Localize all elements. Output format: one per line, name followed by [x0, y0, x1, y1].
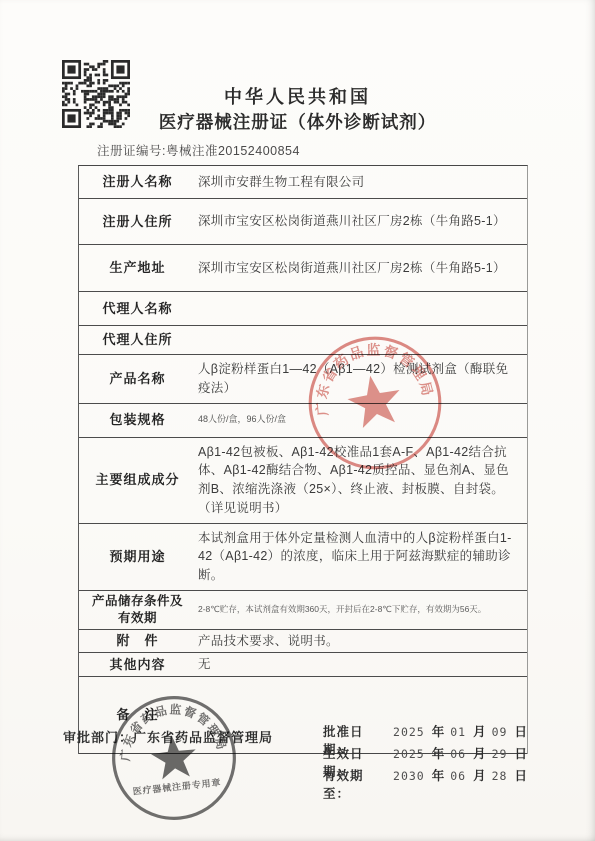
row-label: 代理人名称	[79, 296, 196, 322]
date-month: 06	[450, 747, 466, 761]
date-month: 01	[450, 725, 466, 739]
date-year: 2030	[393, 769, 425, 783]
row-value: Aβ1-42包被板、Aβ1-42校准品1套A-F、Aβ1-42结合抗体、Aβ1-…	[196, 438, 527, 523]
date-day: 09	[492, 725, 508, 739]
table-row-product-name: 产品名称 人β淀粉样蛋白1—42（Aβ1—42）检测试剂盒（酶联免疫法）	[79, 355, 527, 404]
row-label: 注册人住所	[79, 209, 196, 235]
approval-date-row: 批准日期： 2025 年 01 月 09 日	[323, 722, 533, 744]
cert-number-value: 粤械注准20152400854	[166, 144, 300, 158]
certificate-page: 中华人民共和国 医疗器械注册证（体外诊断试剂） 注册证编号:粤械注准201524…	[0, 0, 595, 841]
row-value	[196, 710, 527, 720]
day-unit: 日	[514, 722, 527, 740]
table-row-main-components: 主要组成成分 Aβ1-42包被板、Aβ1-42校准品1套A-F、Aβ1-42结合…	[79, 438, 527, 524]
row-label: 主要组成成分	[79, 467, 196, 493]
row-label: 产品储存条件及有效期	[79, 591, 196, 629]
year-unit: 年	[432, 766, 445, 784]
svg-text:医疗器械注册专用章: 医疗器械注册专用章	[132, 776, 222, 796]
country-title: 中华人民共和国	[0, 84, 595, 110]
row-value: 2-8℃贮存，本试剂盒有效期360天，开封后在2-8℃下贮存，有效期为56天。	[196, 598, 527, 621]
year-unit: 年	[432, 722, 445, 740]
row-label: 代理人住所	[79, 327, 196, 353]
row-value: 深圳市安群生物工程有限公司	[196, 168, 527, 197]
expiry-date-row: 有效期至： 2030 年 06 月 28 日	[323, 766, 533, 788]
row-value: 深圳市宝安区松岗街道燕川社区厂房2栋（牛角路5-1）	[196, 207, 527, 236]
row-label: 其他内容	[79, 655, 196, 675]
row-value: 48人份/盒，96人份/盒	[196, 408, 527, 432]
date-year: 2025	[393, 747, 425, 761]
date-label: 有效期至：	[323, 766, 383, 802]
row-label: 附 件	[79, 631, 196, 651]
table-row-registrant-name: 注册人名称 深圳市安群生物工程有限公司	[79, 166, 527, 199]
date-month: 06	[450, 769, 466, 783]
row-label: 产品名称	[79, 366, 196, 392]
day-unit: 日	[514, 744, 527, 762]
certificate-title: 医疗器械注册证（体外诊断试剂）	[0, 110, 595, 135]
table-row-production-address: 生产地址 深圳市宝安区松岗街道燕川社区厂房2栋（牛角路5-1）	[79, 245, 527, 292]
certificate-table: 注册人名称 深圳市安群生物工程有限公司 注册人住所 深圳市宝安区松岗街道燕川社区…	[78, 165, 528, 754]
row-value: 本试剂盒用于体外定量检测人血清中的人β淀粉样蛋白1-42（Aβ1-42）的浓度，…	[196, 524, 527, 590]
table-row-agent-name: 代理人名称	[79, 292, 527, 326]
row-label: 包装规格	[79, 407, 196, 433]
table-row-agent-address: 代理人住所	[79, 326, 527, 355]
date-block: 批准日期： 2025 年 01 月 09 日 生效日期： 2025 年 06 月…	[323, 722, 533, 788]
row-label: 备 注	[79, 702, 196, 728]
date-day: 28	[492, 769, 508, 783]
row-value: 无	[196, 653, 527, 676]
month-unit: 月	[473, 722, 486, 740]
table-row-other-content: 其他内容 无	[79, 653, 527, 677]
row-label: 注册人名称	[79, 169, 196, 195]
table-row-package-spec: 包装规格 48人份/盒，96人份/盒	[79, 404, 527, 438]
row-value: 深圳市宝安区松岗街道燕川社区厂房2栋（牛角路5-1）	[196, 254, 527, 283]
table-row-intended-use: 预期用途 本试剂盒用于体外定量检测人血清中的人β淀粉样蛋白1-42（Aβ1-42…	[79, 524, 527, 591]
day-unit: 日	[514, 766, 527, 784]
month-unit: 月	[473, 766, 486, 784]
row-value: 人β淀粉样蛋白1—42（Aβ1—42）检测试剂盒（酶联免疫法）	[196, 355, 527, 403]
row-label: 预期用途	[79, 544, 196, 570]
year-unit: 年	[432, 744, 445, 762]
approval-label: 审批部门：	[63, 730, 133, 745]
cert-number-label: 注册证编号:	[97, 144, 166, 158]
table-row-registrant-address: 注册人住所 深圳市宝安区松岗街道燕川社区厂房2栋（牛角路5-1）	[79, 199, 527, 245]
date-year: 2025	[393, 725, 425, 739]
cert-number-line: 注册证编号:粤械注准20152400854	[97, 141, 300, 159]
month-unit: 月	[473, 744, 486, 762]
approval-department: 审批部门：广东省药品监督管理局	[63, 727, 273, 746]
row-value	[196, 304, 527, 314]
approval-value: 广东省药品监督管理局	[133, 730, 273, 745]
row-value: 产品技术要求、说明书。	[196, 630, 527, 653]
row-label: 生产地址	[79, 255, 196, 281]
title-block: 中华人民共和国 医疗器械注册证（体外诊断试剂）	[0, 84, 595, 135]
table-row-attachments: 附 件 产品技术要求、说明书。	[79, 630, 527, 654]
effective-date-row: 生效日期： 2025 年 06 月 29 日	[323, 744, 533, 766]
table-row-storage-validity: 产品储存条件及有效期 2-8℃贮存，本试剂盒有效期360天，开封后在2-8℃下贮…	[79, 591, 527, 630]
date-day: 29	[492, 747, 508, 761]
row-value	[196, 335, 527, 345]
